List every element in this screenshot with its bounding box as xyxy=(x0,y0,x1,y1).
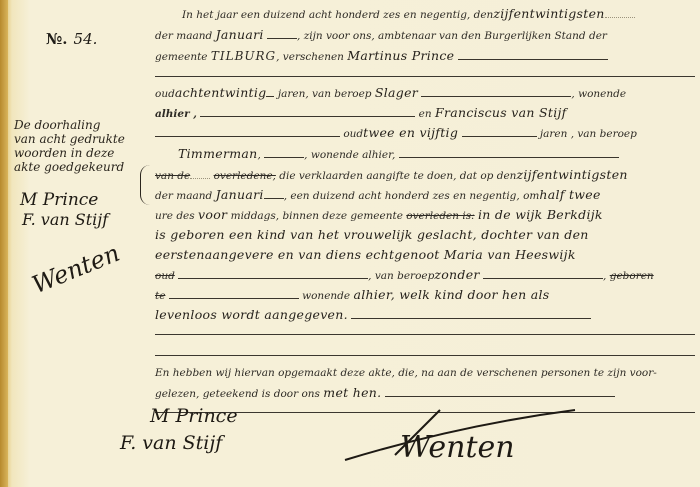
line-11: is geboren een kind van het vrouwelijk g… xyxy=(155,224,700,246)
printed-text: die verklaarden aangifte te doen, dat op… xyxy=(279,170,516,182)
declarant-2-age: twee en vijftig xyxy=(363,125,458,140)
margin-note-line: De doorhaling xyxy=(14,118,134,132)
divider-line xyxy=(155,355,695,356)
line-4: oudachtentwintig jaren, van beroep Slage… xyxy=(155,82,700,104)
printed-text: , van beroep xyxy=(368,270,434,282)
printed-text: In het jaar een duizend acht honderd zes… xyxy=(182,9,493,21)
margin-initial-1: M Prince xyxy=(20,190,98,210)
line-5: alhier , en Franciscus van Stijf xyxy=(155,102,700,124)
printed-text: gelezen, geteekend is door ons xyxy=(155,388,320,400)
book-binding-edge xyxy=(0,0,8,487)
handwritten-parents: eerstenaangevere en van diens echtgenoot… xyxy=(155,247,576,262)
closing-line-2: gelezen, geteekend is door ons met hen. xyxy=(155,382,700,404)
struck-printed-text: overledene, xyxy=(214,170,276,182)
printed-text: oud xyxy=(343,128,363,140)
handwritten-stillbirth-statement: levenloos wordt aangegeven. xyxy=(155,307,348,322)
signature-declarant-2: F. van Stijf xyxy=(120,432,222,454)
handwritten-residence: alhier, welk kind door hen als xyxy=(353,287,549,302)
handwritten-signed-with: met hen. xyxy=(323,385,381,400)
printed-text: wonende xyxy=(302,290,350,302)
line-15: levenloos wordt aangegeven. xyxy=(155,304,700,326)
struck-printed-text: overleden is: xyxy=(406,210,474,222)
margin-official-paraph: Wenten xyxy=(28,239,124,299)
printed-text: oud xyxy=(155,88,175,100)
record-number: №.54. xyxy=(46,30,97,48)
line-2: der maand Januari , zijn voor ons, ambte… xyxy=(155,24,700,46)
margin-brace xyxy=(140,165,155,205)
closing-line-1: En hebben wij hiervan opgemaakt deze akt… xyxy=(155,362,700,384)
printed-text: , een duizend acht honderd zes en negent… xyxy=(284,190,540,202)
handwritten-ante-meridiem: voor xyxy=(198,207,227,222)
printed-text: , verschenen xyxy=(276,51,344,63)
record-number-label: №. xyxy=(46,30,68,48)
printed-text: der maand xyxy=(155,190,212,202)
line-7: Timmerman, , wonende alhier, xyxy=(178,143,700,165)
line-3: gemeente TILBURG, verschenen Martinus Pr… xyxy=(155,45,700,67)
printed-text: middags, binnen deze gemeente xyxy=(231,210,403,222)
mother-occupation: zonder xyxy=(434,267,479,282)
printed-text: , zijn voor ons, ambtenaar van den Burge… xyxy=(297,30,607,42)
line-8: van de overledene, die verklaarden aangi… xyxy=(155,164,700,186)
handwritten-month: Januari xyxy=(216,27,264,42)
line-10: ure des voor middags, binnen deze gemeen… xyxy=(155,204,700,226)
struck-printed-text: van de xyxy=(155,170,190,182)
handwritten-location: in de wijk Berkdijk xyxy=(478,207,603,222)
margin-annotation: De doorhaling van acht gedrukte woorden … xyxy=(14,118,134,174)
declarant-1-age: achtentwintig xyxy=(175,85,267,100)
line-6: oudtwee en vijftig jaren , van beroep xyxy=(155,122,700,144)
declarant-2-occupation: Timmerman xyxy=(178,146,257,161)
margin-note-line: van acht gedrukte xyxy=(14,132,134,146)
handwritten-time: half twee xyxy=(539,187,600,202)
printed-text: en xyxy=(419,108,432,120)
line-9: der maand Januari, een duizend acht hond… xyxy=(155,184,700,206)
divider-line xyxy=(155,334,695,335)
handwritten-month: Januari xyxy=(216,187,264,202)
municipality-name: TILBURG xyxy=(211,49,276,63)
struck-printed-text: oud xyxy=(155,270,175,282)
printed-text: alhier , xyxy=(155,108,197,120)
printed-text: , wonende alhier, xyxy=(304,149,395,161)
declarant-1-name: Martinus Prince xyxy=(347,48,454,63)
printed-text: , wonende xyxy=(571,88,626,100)
printed-text: jaren , van beroep xyxy=(540,128,637,140)
declarant-2-name: Franciscus van Stijf xyxy=(435,105,567,120)
certificate-page: №.54. In het jaar een duizend acht honde… xyxy=(0,0,700,487)
line-14: te wonende alhier, welk kind door hen al… xyxy=(155,284,700,306)
printed-text: gemeente xyxy=(155,51,208,63)
printed-text: jaren, van beroep xyxy=(278,88,372,100)
signature-flourish xyxy=(340,405,580,465)
line-1: In het jaar een duizend acht honderd zes… xyxy=(182,3,700,25)
margin-note-line: akte goedgekeurd xyxy=(14,160,134,174)
line-12: eerstenaangevere en van diens echtgenoot… xyxy=(155,244,700,266)
printed-text: der maand xyxy=(155,30,212,42)
divider-line xyxy=(155,76,695,77)
handwritten-date: zijfentwintigsten xyxy=(516,167,627,182)
printed-text: ure des xyxy=(155,210,195,222)
struck-printed-text: geboren xyxy=(610,270,654,282)
record-number-value: 54. xyxy=(74,30,98,48)
margin-note-line: woorden in deze xyxy=(14,146,134,160)
margin-initial-2: F. van Stijf xyxy=(22,210,108,229)
handwritten-birth-statement: is geboren een kind van het vrouwelijk g… xyxy=(155,227,589,242)
line-13: oud , van beroepzonder , geboren xyxy=(155,264,700,286)
declarant-1-occupation: Slager xyxy=(375,85,418,100)
signature-declarant-1: M Prince xyxy=(150,405,238,427)
printed-text: En hebben wij hiervan opgemaakt deze akt… xyxy=(155,367,657,379)
struck-printed-text: te xyxy=(155,290,165,302)
handwritten-date: zijfentwintigsten xyxy=(493,6,604,21)
